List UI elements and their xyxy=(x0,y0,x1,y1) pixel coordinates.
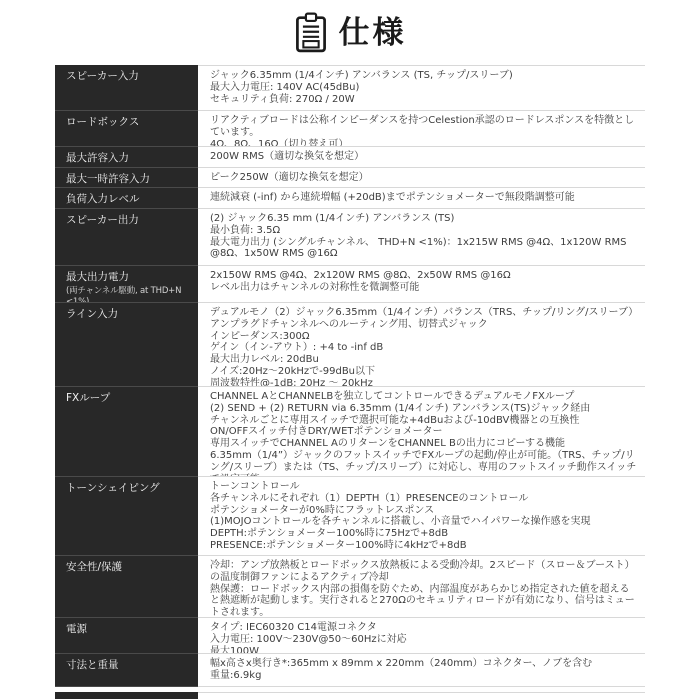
spec-value-line: 4Ω、8Ω、16Ω（切り替え可） xyxy=(210,139,637,147)
spec-row: トーンシェイピング トーンコントロール各チャンネルにそれぞれ（1）DEPTH（1… xyxy=(55,477,645,556)
spec-value-line: (1)MOJOコントロールを各チャンネルに搭載し、小音量でハイパワーな操作感を実… xyxy=(210,516,637,528)
spec-row-value-cell: CHANNEL AとCHANNELBを独立してコントロールできるデュアルモノFX… xyxy=(198,387,645,477)
spec-row-label-cell: ライン入力 xyxy=(55,303,198,387)
spec-row-label-cell: 最大一時許容入力 xyxy=(55,168,198,188)
spec-value-line: リアクティブロードは公称インピーダンスを持つCelestion承認のロードレスポ… xyxy=(210,115,637,139)
spec-row: 寸法と重量 幅x高さx奥行き*:365mm x 89mm x 220mm（240… xyxy=(55,654,645,687)
spec-value-line: 最大入力電圧: 140V AC(45dBu) xyxy=(210,82,637,94)
spec-row-label: スピーカー入力 xyxy=(66,70,190,83)
spec-value-line: 最小負荷: 3.5Ω xyxy=(210,225,637,237)
spec-value-line: ピーク250W（適切な換気を想定） xyxy=(210,172,637,184)
spec-row-label: 寸法と重量 xyxy=(66,659,190,672)
spec-row-label: 最大許容入力 xyxy=(66,152,190,165)
spec-row-value-cell: 200W RMS（適切な換気を想定） xyxy=(198,147,645,168)
spec-page: 仕様 スピーカー入力 ジャック6.35mm (1/4インチ) アンバランス (T… xyxy=(0,0,700,700)
spec-row: 負荷入力レベル 連続減衰 (-inf) から連続増幅 (+20dB)までポテンシ… xyxy=(55,188,645,209)
spec-row-value-cell: トーンコントロール各チャンネルにそれぞれ（1）DEPTH（1）PRESENCEの… xyxy=(198,477,645,556)
spec-value-line: 専用スイッチでCHANNEL AのリターンをCHANNEL Bの出力にコピーする… xyxy=(210,438,637,450)
spec-value-line: 2x150W RMS @4Ω、2x120W RMS @8Ω、2x50W RMS … xyxy=(210,270,637,282)
spec-value-line: (2) ジャック6.35 mm (1/4インチ) アンバランス (TS) xyxy=(210,213,637,225)
spec-value-line: 最大電力出力 (シングルチャンネル、 THD+N <1%)：1x215W RMS… xyxy=(210,237,637,261)
spec-value-line: セキュリティ負荷: 270Ω / 20W xyxy=(210,94,637,106)
spec-value-line: 200W RMS（適切な換気を想定） xyxy=(210,151,637,163)
spec-row-value-cell: ジャック6.35mm (1/4インチ) アンバランス (TS, チップ/スリーブ… xyxy=(198,65,645,111)
spec-value-line: ジャック6.35mm (1/4インチ) アンバランス (TS, チップ/スリーブ… xyxy=(210,70,637,82)
cutoff-next-row-label xyxy=(55,692,198,699)
spec-row: 電源 タイプ: IEC60320 C14電源コネクタ入力電圧: 100V～230… xyxy=(55,618,645,654)
spec-table: スピーカー入力 ジャック6.35mm (1/4インチ) アンバランス (TS, … xyxy=(55,65,645,687)
spec-row-label: ロードボックス xyxy=(66,116,190,129)
spec-row-label-cell: スピーカー出力 xyxy=(55,209,198,266)
spec-value-line: (2) SEND + (2) RETURN via 6.35mm (1/4インチ… xyxy=(210,403,637,415)
spec-row-label-cell: トーンシェイピング xyxy=(55,477,198,556)
spec-row-label-cell: 電源 xyxy=(55,618,198,654)
spec-row-value-cell: ピーク250W（適切な換気を想定） xyxy=(198,168,645,188)
spec-row: 安全性/保護 冷却：アンプ放熱板とロードボックス放熱板による受動冷却。2スピード… xyxy=(55,556,645,618)
spec-row-value-cell: タイプ: IEC60320 C14電源コネクタ入力電圧: 100V～230V@5… xyxy=(198,618,645,654)
spec-value-line: タイプ: IEC60320 C14電源コネクタ xyxy=(210,622,637,634)
spec-row-label-cell: 最大許容入力 xyxy=(55,147,198,168)
spec-row: 最大出力電力 (両チャンネル駆動, at THD+N <1%) 2x150W R… xyxy=(55,266,645,303)
spec-value-line: ON/OFFスイッチ付きDRY/WETポテンショメーター xyxy=(210,426,637,438)
clipboard-icon xyxy=(294,11,328,55)
spec-row-value-cell: (2) ジャック6.35 mm (1/4インチ) アンバランス (TS)最小負荷… xyxy=(198,209,645,266)
spec-row-label: トーンシェイピング xyxy=(66,482,190,495)
spec-row-label: 最大出力電力 xyxy=(66,271,190,284)
spec-row-label-cell: FXループ xyxy=(55,387,198,477)
page-title: 仕様 xyxy=(339,18,407,49)
spec-row-label-cell: 安全性/保護 xyxy=(55,556,198,618)
spec-row: FXループ CHANNEL AとCHANNELBを独立してコントロールできるデュ… xyxy=(55,387,645,477)
spec-row-label-cell: スピーカー入力 xyxy=(55,65,198,111)
spec-value-line: 冷却：アンプ放熱板とロードボックス放熱板による受動冷却。2スピード（スロー＆ブー… xyxy=(210,560,637,584)
spec-row-label: 電源 xyxy=(66,623,190,636)
spec-value-line: 最大出力レベル: 20dBu xyxy=(210,354,637,366)
spec-value-line: 最大100W xyxy=(210,646,637,654)
spec-row-value-cell: デュアルモノ（2）ジャック6.35mm（1/4インチ）バランス（TRS、チップ/… xyxy=(198,303,645,387)
spec-value-line: 幅x高さx奥行き*:365mm x 89mm x 220mm（240mm）コネク… xyxy=(210,658,637,670)
spec-row-label-cell: 最大出力電力 (両チャンネル駆動, at THD+N <1%) xyxy=(55,266,198,303)
spec-row-label: FXループ xyxy=(66,392,190,405)
spec-row: スピーカー入力 ジャック6.35mm (1/4インチ) アンバランス (TS, … xyxy=(55,65,645,111)
spec-row-sublabel: (両チャンネル駆動, at THD+N <1%) xyxy=(66,286,190,303)
spec-value-line: PRESENCE:ポテンショメーター100%時に4kHzで+8dB xyxy=(210,540,637,552)
spec-row-label-cell: 負荷入力レベル xyxy=(55,188,198,209)
spec-value-line: 重量:6.9kg xyxy=(210,670,637,682)
spec-row-label: 負荷入力レベル xyxy=(66,193,190,206)
spec-value-line: 連続減衰 (-inf) から連続増幅 (+20dB)までポテンショメーターで無段… xyxy=(210,192,637,204)
spec-value-line: 各チャンネルにそれぞれ（1）DEPTH（1）PRESENCEのコントロール xyxy=(210,493,637,505)
spec-value-line: 熱保護：ロードボックス内部の損傷を防ぐため、内部温度があらかじめ指定された値を超… xyxy=(210,584,637,618)
spec-value-line: トーンコントロール xyxy=(210,481,637,493)
spec-row-value-cell: リアクティブロードは公称インピーダンスを持つCelestion承認のロードレスポ… xyxy=(198,111,645,147)
spec-row: ライン入力 デュアルモノ（2）ジャック6.35mm（1/4インチ）バランス（TR… xyxy=(55,303,645,387)
spec-value-line: CHANNEL AとCHANNELBを独立してコントロールできるデュアルモノFX… xyxy=(210,391,637,403)
spec-row-value-cell: 幅x高さx奥行き*:365mm x 89mm x 220mm（240mm）コネク… xyxy=(198,654,645,687)
spec-row-label: ライン入力 xyxy=(66,308,190,321)
spec-value-line: DEPTH:ポテンショメーター100%時に75Hzで+8dB xyxy=(210,528,637,540)
spec-row-label: 安全性/保護 xyxy=(66,561,190,574)
spec-value-line: インピーダンス:300Ω xyxy=(210,331,637,343)
spec-value-line: ポテンショメーターが0%時にフラットレスポンス xyxy=(210,505,637,517)
spec-row-value-cell: 2x150W RMS @4Ω、2x120W RMS @8Ω、2x50W RMS … xyxy=(198,266,645,303)
spec-value-line: 6.35mm（1/4”）ジャックのフットスイッチでFXループの起動/停止が可能。… xyxy=(210,450,637,477)
spec-value-line: ゲイン（イン-アウト）: +4 to -inf dB xyxy=(210,342,637,354)
spec-value-line: チャンネルごとに専用スイッチで選択可能な+4dBuおよび-10dBV機器との互換… xyxy=(210,415,637,427)
spec-value-line: 入力電圧: 100V～230V@50～60Hzに対応 xyxy=(210,634,637,646)
spec-row-value-cell: 連続減衰 (-inf) から連続増幅 (+20dB)までポテンショメーターで無段… xyxy=(198,188,645,209)
spec-row-value-cell: 冷却：アンプ放熱板とロードボックス放熱板による受動冷却。2スピード（スロー＆ブー… xyxy=(198,556,645,618)
spec-row-label: スピーカー出力 xyxy=(66,214,190,227)
spec-value-line: ノイズ:20Hz～20kHzで-99dBu以下 xyxy=(210,366,637,378)
spec-row: ロードボックス リアクティブロードは公称インピーダンスを持つCelestion承… xyxy=(55,111,645,147)
spec-row-label: 最大一時許容入力 xyxy=(66,173,190,186)
spec-row: 最大許容入力 200W RMS（適切な換気を想定） xyxy=(55,147,645,168)
spec-header: 仕様 xyxy=(0,0,700,62)
cutoff-next-row-value xyxy=(198,692,645,699)
spec-row-label-cell: ロードボックス xyxy=(55,111,198,147)
cutoff-next-row xyxy=(55,692,645,699)
spec-row: 最大一時許容入力 ピーク250W（適切な換気を想定） xyxy=(55,168,645,188)
spec-value-line: 周波数特性@-1dB: 20Hz ～ 20kHz xyxy=(210,378,637,387)
spec-row: スピーカー出力 (2) ジャック6.35 mm (1/4インチ) アンバランス … xyxy=(55,209,645,266)
spec-value-line: レベル出力はチャンネルの対称性を微調整可能 xyxy=(210,282,637,294)
spec-row-label-cell: 寸法と重量 xyxy=(55,654,198,687)
spec-value-line: デュアルモノ（2）ジャック6.35mm（1/4インチ）バランス（TRS、チップ/… xyxy=(210,307,637,331)
